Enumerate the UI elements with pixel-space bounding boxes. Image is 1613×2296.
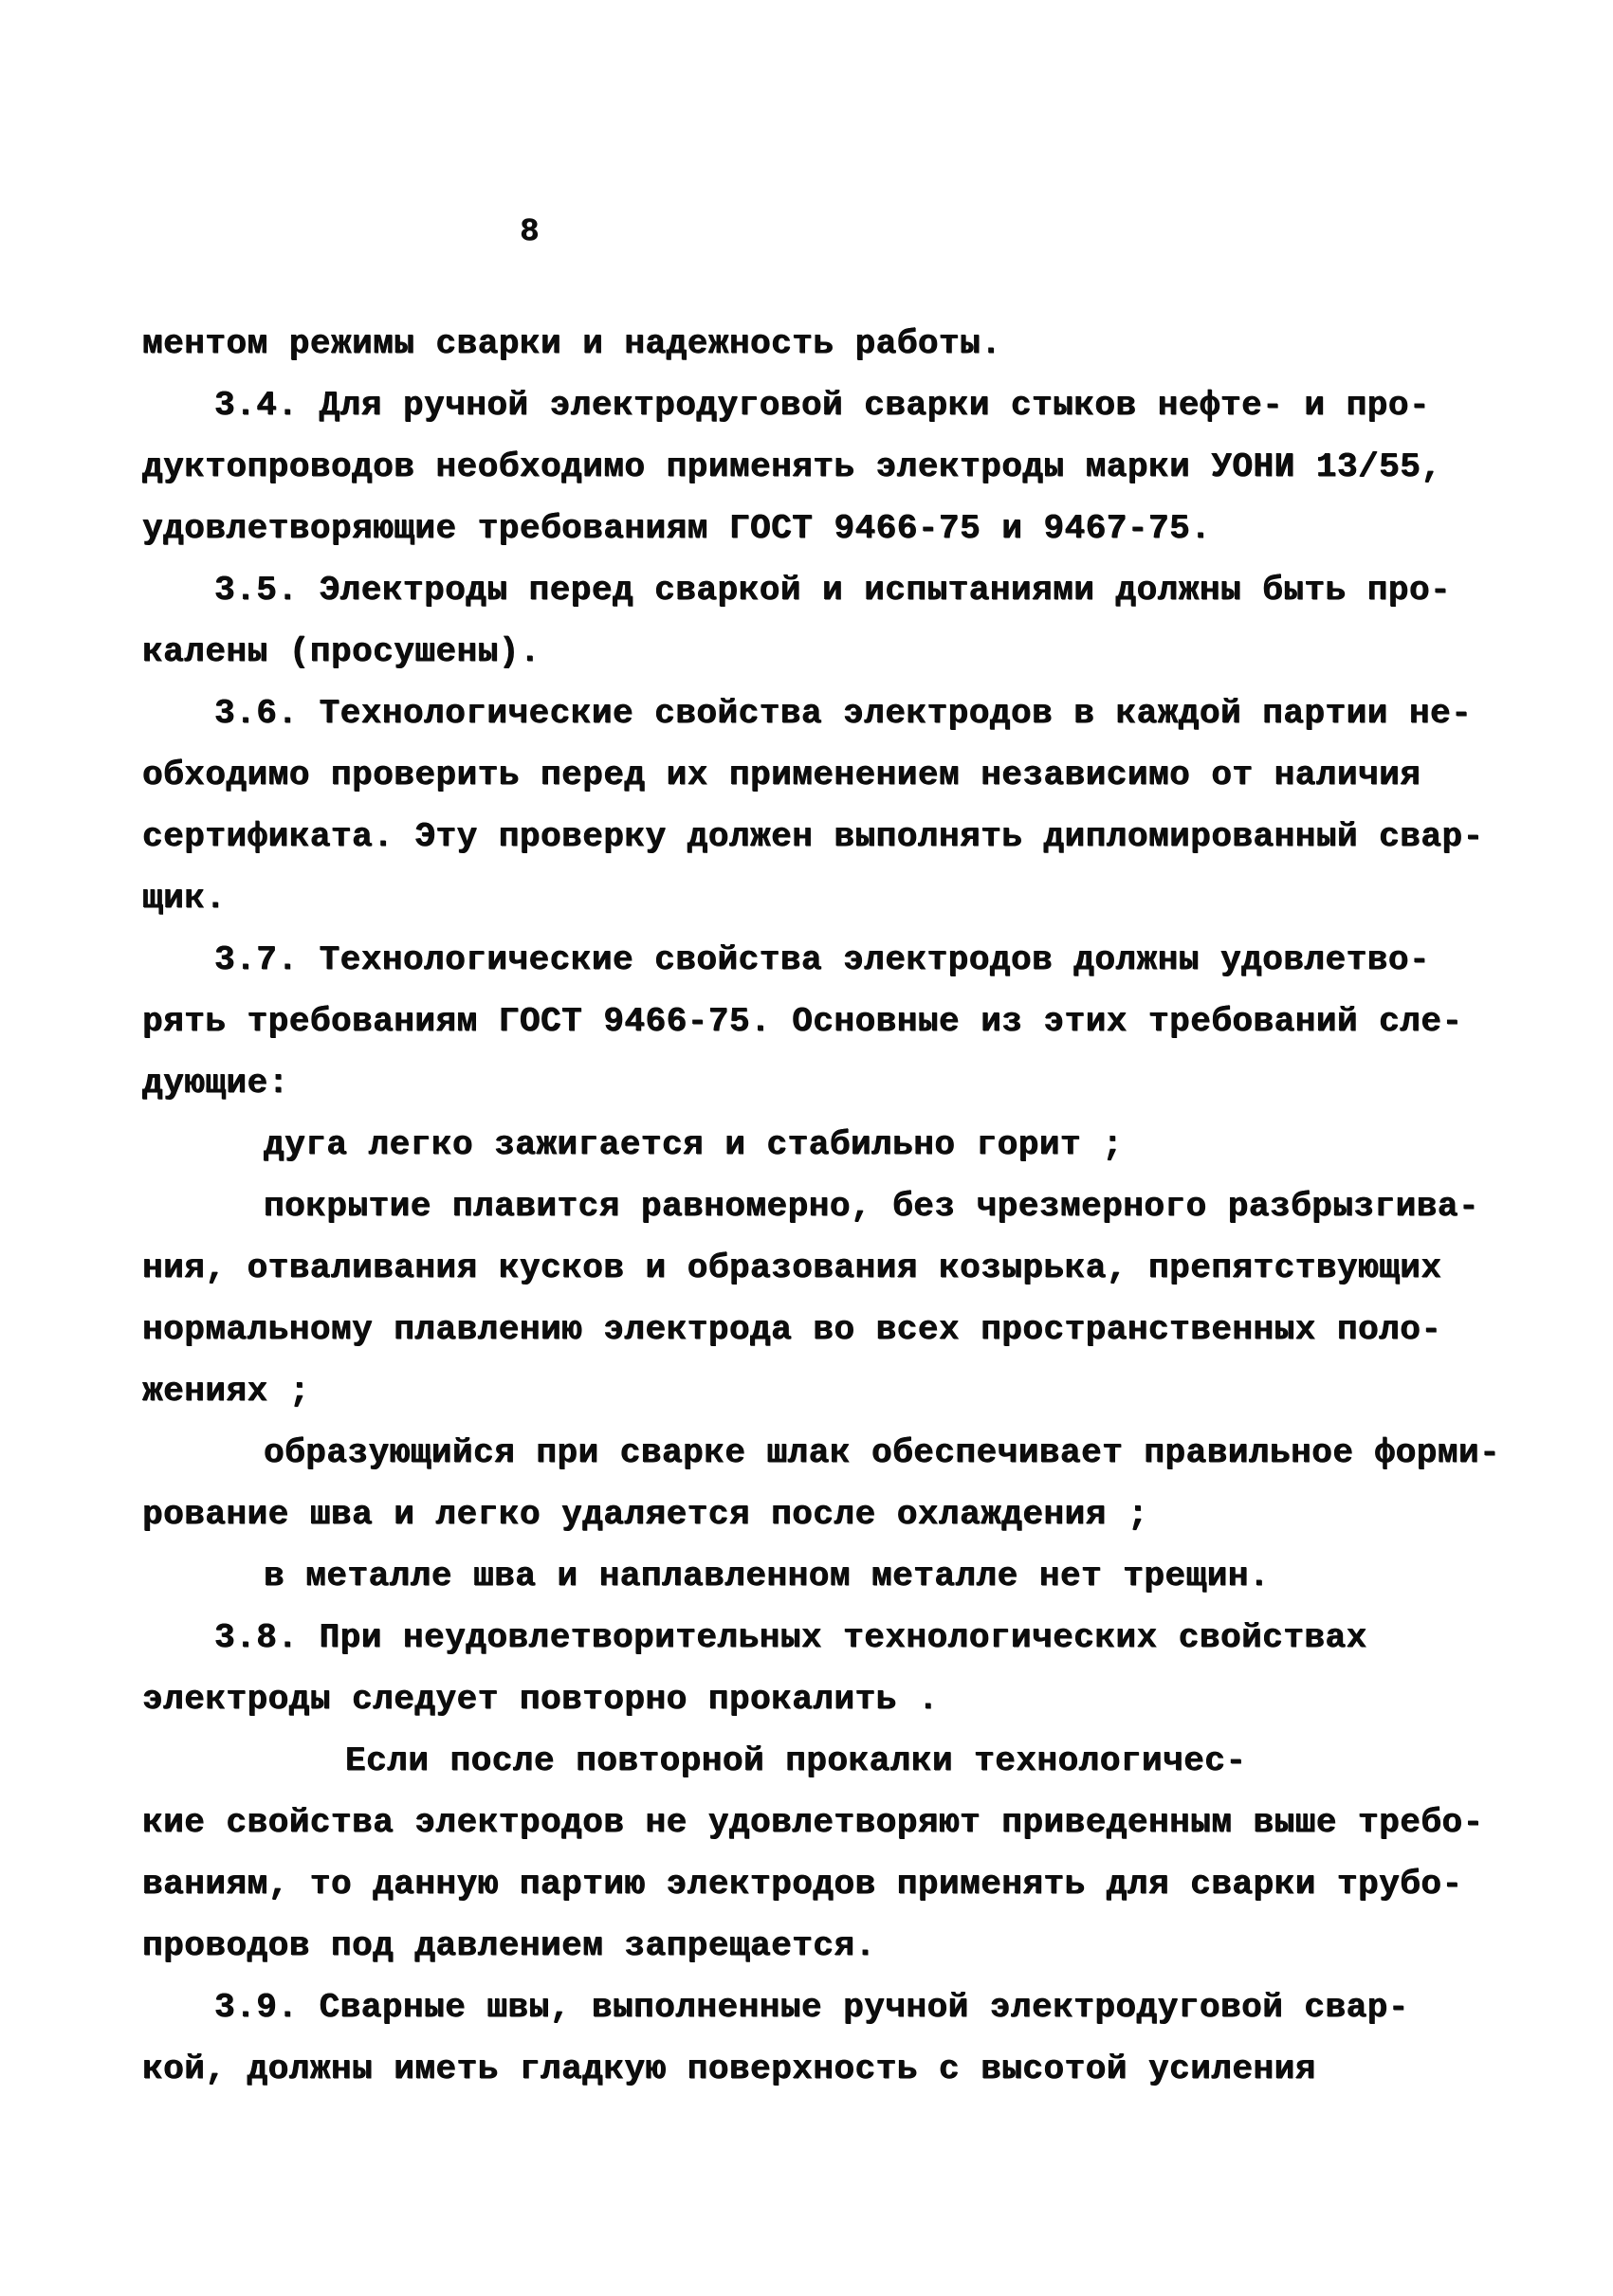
text-line: 3.7. Технологические свойства электродов… (142, 929, 1546, 991)
text-line: образующийся при сварке шлак обеспечивае… (142, 1422, 1546, 1484)
text-line: 3.5. Электроды перед сваркой и испытания… (142, 559, 1546, 621)
text-line: дуктопроводов необходимо применять элект… (142, 436, 1546, 498)
text-line: дующие: (142, 1052, 1546, 1114)
text-line: 3.8. При неудовлетворительных технологич… (142, 1607, 1546, 1668)
scanned-page: 8 ментом режимы сварки и надежность рабо… (0, 0, 1613, 2296)
text-line: 3.6. Технологические свойства электродов… (142, 683, 1546, 744)
text-line: рять требованиям ГОСТ 9466-75. Основные … (142, 991, 1546, 1052)
text-line: ваниям, то данную партию электродов прим… (142, 1853, 1546, 1915)
text-line: удовлетворяющие требованиям ГОСТ 9466-75… (142, 498, 1546, 559)
text-line: жениях ; (142, 1360, 1546, 1422)
text-line: ментом режимы сварки и надежность работы… (142, 313, 1546, 374)
text-line: рование шва и легко удаляется после охла… (142, 1484, 1546, 1545)
text-line: 3.4. Для ручной электродуговой сварки ст… (142, 374, 1546, 436)
page-number: 8 (520, 214, 540, 250)
text-line: кой, должны иметь гладкую поверхность с … (142, 2038, 1546, 2100)
text-line: в металле шва и наплавленном металле нет… (142, 1545, 1546, 1607)
text-line: сертификата. Эту проверку должен выполня… (142, 806, 1546, 867)
text-line: проводов под давлением запрещается. (142, 1915, 1546, 1977)
text-line: нормальному плавлению электрода во всех … (142, 1299, 1546, 1360)
text-line: обходимо проверить перед их применением … (142, 744, 1546, 806)
document-text-block: ментом режимы сварки и надежность работы… (142, 313, 1546, 2100)
text-line: ния, отваливания кусков и образования ко… (142, 1237, 1546, 1299)
text-line: щик. (142, 867, 1546, 929)
text-line: 3.9. Сварные швы, выполненные ручной эле… (142, 1977, 1546, 2038)
text-line: дуга легко зажигается и стабильно горит … (142, 1114, 1546, 1175)
text-line: Если после повторной прокалки технологич… (142, 1730, 1546, 1792)
text-line: электроды следует повторно прокалить . (142, 1668, 1546, 1730)
text-line: покрытие плавится равномерно, без чрезме… (142, 1175, 1546, 1237)
text-line: кие свойства электродов не удовлетворяют… (142, 1792, 1546, 1853)
text-line: калены (просушены). (142, 621, 1546, 683)
